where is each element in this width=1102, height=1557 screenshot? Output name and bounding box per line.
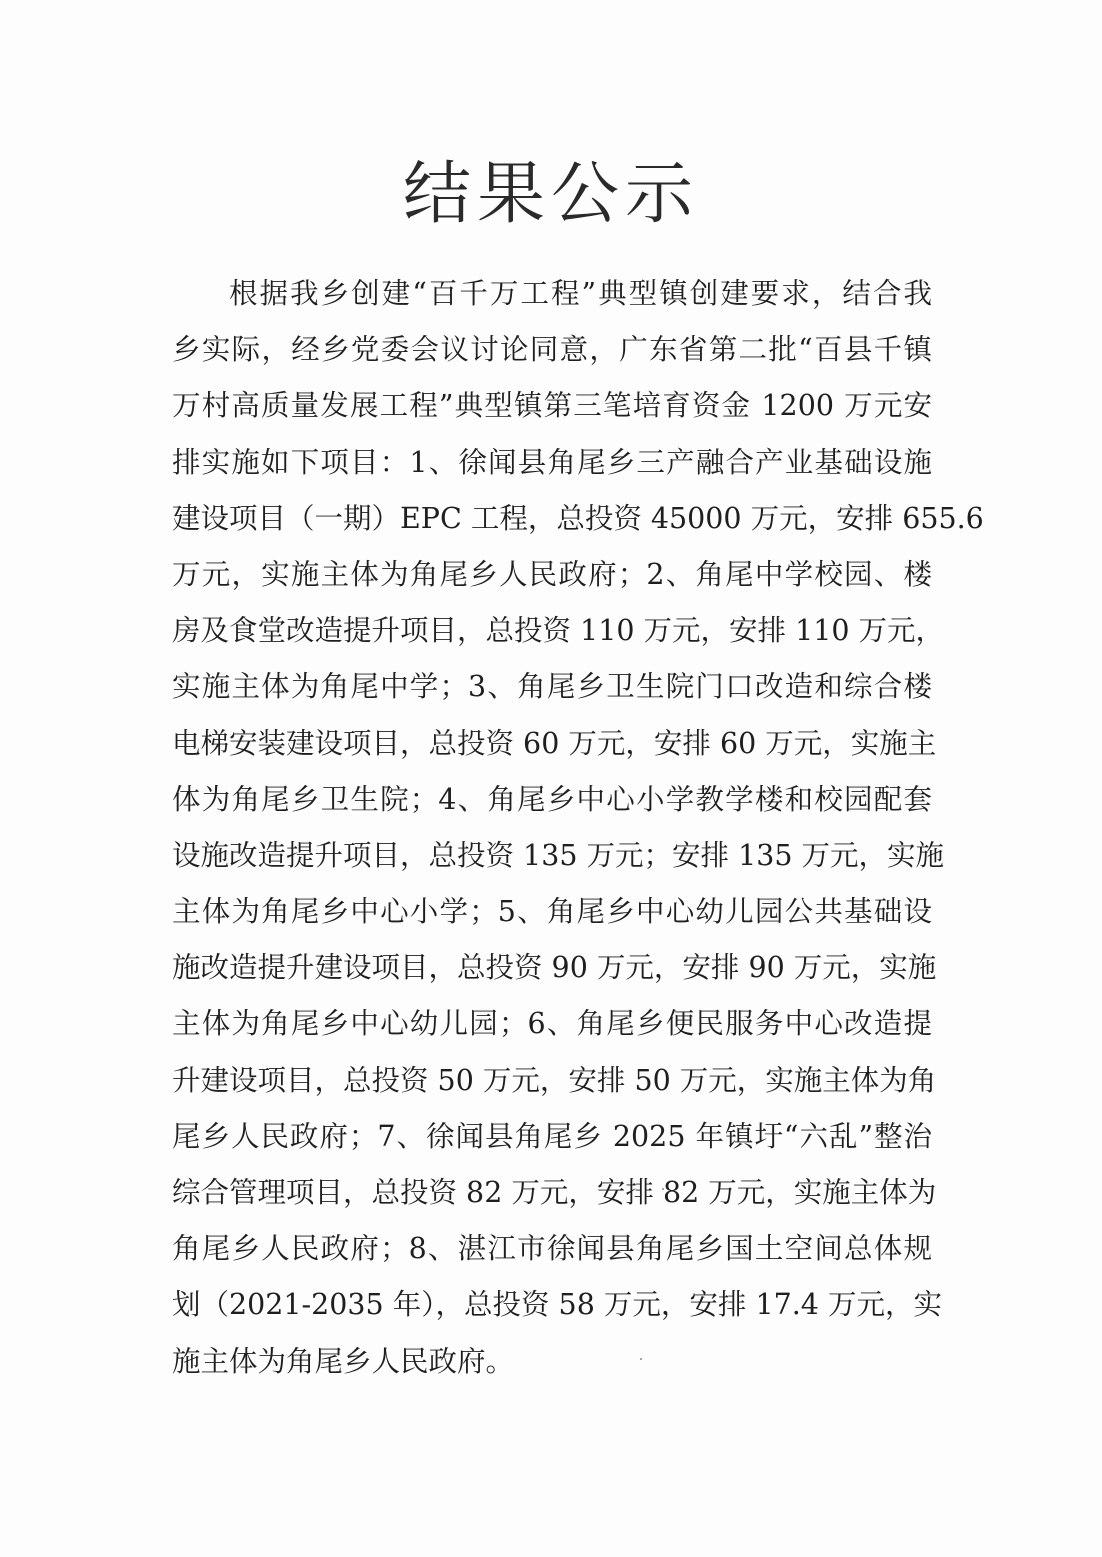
body-line: 综合管理项目，总投资 82 万元，安排 82 万元，实施主体为: [172, 1165, 932, 1221]
body-line: 体为角尾乡卫生院；4、角尾乡中心小学教学楼和校园配套: [172, 772, 932, 828]
body-line: 主体为角尾乡中心小学；5、角尾乡中心幼儿园公共基础设: [172, 884, 932, 940]
body-line: 实施主体为角尾中学；3、角尾乡卫生院门口改造和综合楼: [172, 659, 932, 715]
body-line: 万村高质量发展工程”典型镇第三笔培育资金 1200 万元安: [172, 378, 932, 434]
document-title: 结果公示: [0, 150, 1102, 240]
body-line: 角尾乡人民政府；8、湛江市徐闻县角尾乡国土空间总体规: [172, 1221, 932, 1277]
scan-speck: [640, 1358, 642, 1360]
body-line: 乡实际，经乡党委会议讨论同意，广东省第二批“百县千镇: [172, 322, 932, 378]
body-line: 划（2021-2035 年），总投资 58 万元，安排 17.4 万元，实: [172, 1277, 932, 1333]
body-line: 设施改造提升项目，总投资 135 万元；安排 135 万元，实施: [172, 828, 932, 884]
body-line: 万元，实施主体为角尾乡人民政府；2、角尾中学校园、楼: [172, 547, 932, 603]
body-line: 排实施如下项目：1、徐闻县角尾乡三产融合产业基础设施: [172, 435, 932, 491]
body-line: 尾乡人民政府；7、徐闻县角尾乡 2025 年镇圩“六乱”整治: [172, 1109, 932, 1165]
body-line: 施主体为角尾乡人民政府。: [172, 1334, 932, 1390]
body-line: 根据我乡创建“百千万工程”典型镇创建要求，结合我: [172, 266, 932, 322]
body-line: 电梯安装建设项目，总投资 60 万元，安排 60 万元，实施主: [172, 716, 932, 772]
body-line: 建设项目（一期）EPC 工程，总投资 45000 万元，安排 655.6: [172, 491, 932, 547]
body-line: 施改造提升建设项目，总投资 90 万元，安排 90 万元，实施: [172, 940, 932, 996]
body-line: 升建设项目，总投资 50 万元，安排 50 万元，实施主体为角: [172, 1053, 932, 1109]
body-line: 主体为角尾乡中心幼儿园；6、角尾乡便民服务中心改造提: [172, 996, 932, 1052]
document-body: 根据我乡创建“百千万工程”典型镇创建要求，结合我 乡实际，经乡党委会议讨论同意，…: [172, 266, 932, 1390]
scan-speck: [662, 1188, 664, 1190]
document-page: 结果公示 根据我乡创建“百千万工程”典型镇创建要求，结合我 乡实际，经乡党委会议…: [0, 0, 1102, 1557]
body-line: 房及食堂改造提升项目，总投资 110 万元，安排 110 万元，: [172, 603, 932, 659]
